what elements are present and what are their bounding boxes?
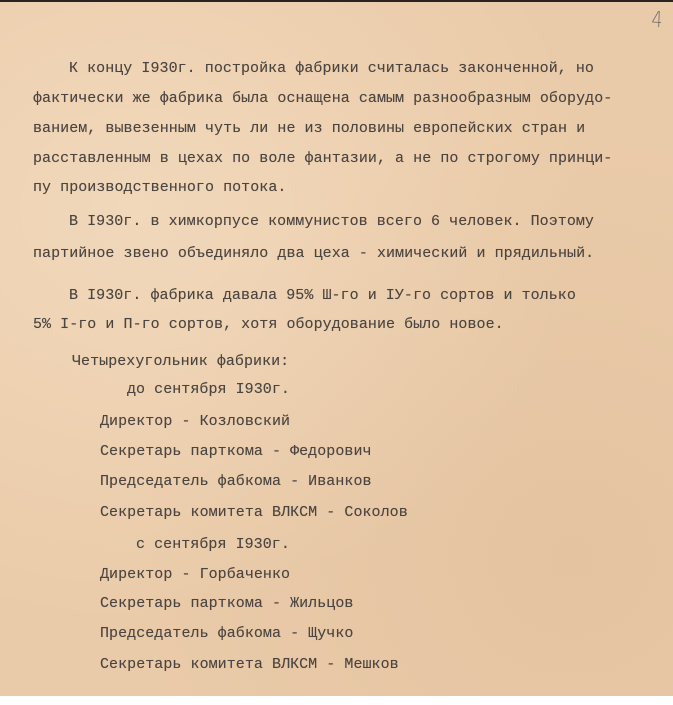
text-line: К концу I930г. постройка фабрики считала… xyxy=(69,60,594,78)
period-label-before: до сентября I930г. xyxy=(127,381,290,399)
text-line: партийное звено объединяло два цеха - хи… xyxy=(33,245,594,263)
text-line: В I930г. фабрика давала 95% Ш-го и IУ-го… xyxy=(69,287,576,305)
member-line: Директор - Горбаченко xyxy=(100,566,290,584)
text-line: 5% I-го и П-го сортов, хотя оборудование… xyxy=(33,316,504,334)
text-line: пу производственного потока. xyxy=(33,179,286,197)
member-line: Председатель фабкома - Иванков xyxy=(100,473,372,491)
member-line: Директор - Козловский xyxy=(100,413,290,431)
leadership-heading: Четырехугольник фабрики: xyxy=(72,353,289,371)
member-line: Секретарь комитета ВЛКСМ - Соколов xyxy=(100,504,408,522)
handwritten-page-number: 4 xyxy=(651,8,663,34)
text-line: расставленным в цехах по воле фантазии, … xyxy=(33,150,612,168)
member-line: Председатель фабкома - Щучко xyxy=(100,625,353,643)
document-page: 4 К концу I930г. постройка фабрики счита… xyxy=(0,0,673,696)
member-line: Секретарь парткома - Жильцов xyxy=(100,595,353,613)
member-line: Секретарь парткома - Федорович xyxy=(100,443,372,461)
member-line: Секретарь комитета ВЛКСМ - Мешков xyxy=(100,656,399,674)
text-line: ванием, вывезенным чуть ли не из половин… xyxy=(33,120,585,138)
period-label-after: с сентября I930г. xyxy=(136,536,290,554)
text-line: фактически же фабрика была оснащена самы… xyxy=(33,90,612,108)
text-line: В I930г. в химкорпусе коммунистов всего … xyxy=(69,213,594,231)
